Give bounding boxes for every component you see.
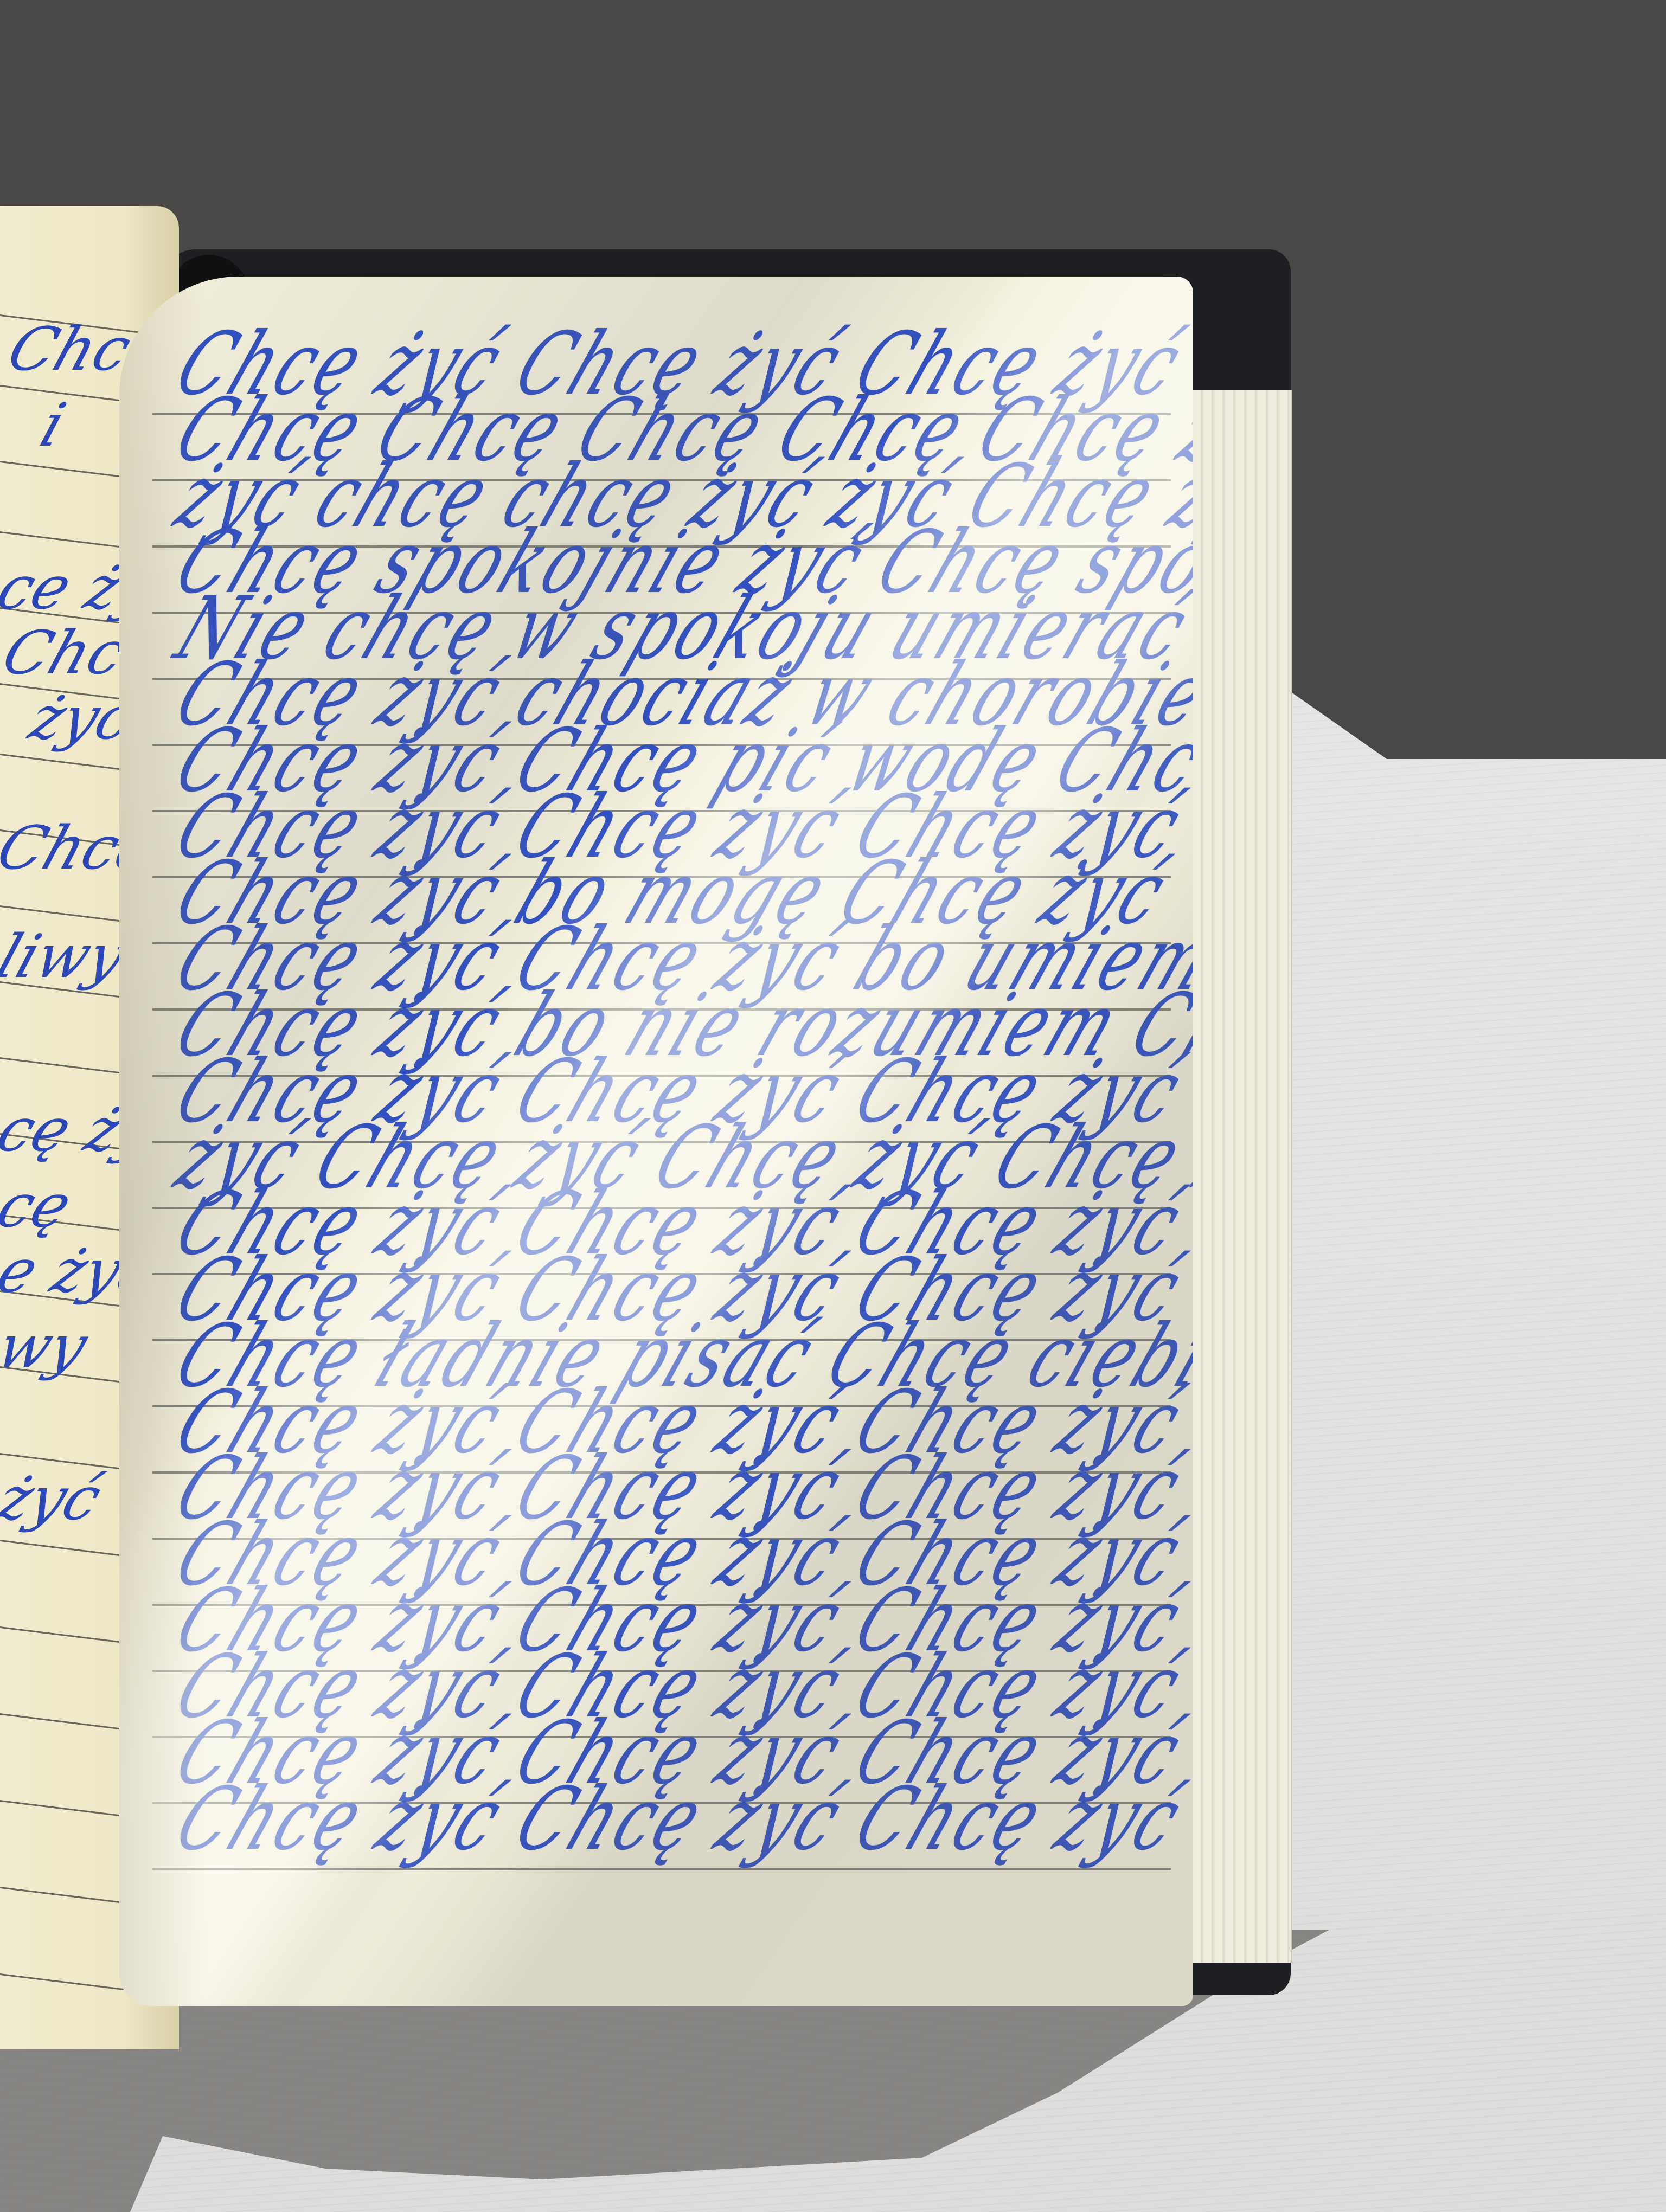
left-page-fragment: wy — [0, 1312, 96, 1381]
left-page-fragment: liwy — [0, 922, 134, 991]
left-page-fragment: i — [32, 390, 74, 460]
right-page: Chcę żyć Chcę żyć Chcę żyć Chcę żyć Chcę… — [119, 276, 1193, 2006]
left-page-fragment: żyć — [0, 1464, 110, 1533]
handwritten-line: Chcę żyć Chcę żyć Chcę żyć — [152, 1818, 1171, 1870]
left-page-fragment: cę — [0, 1171, 80, 1240]
line-text: Chcę żyć Chcę żyć Chcę żyć — [163, 1769, 1193, 1869]
